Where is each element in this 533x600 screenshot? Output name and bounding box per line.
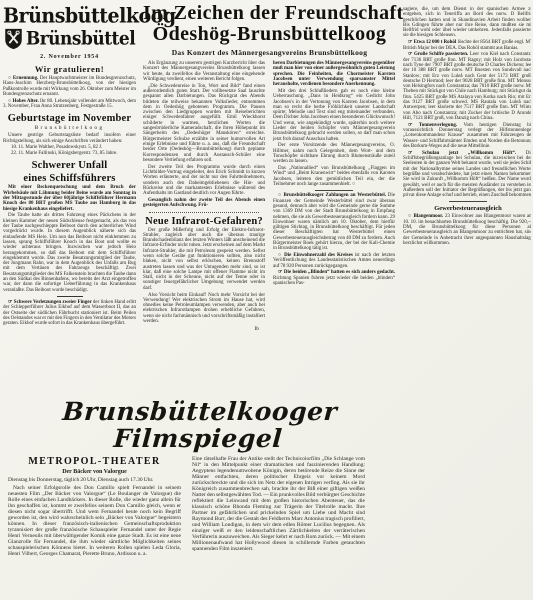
paragraph: ○ Ernennung. Der Hauptwachtmeister im Bu…: [3, 76, 136, 97]
ship-news-paragraphs: sagiere, die, um dem Dienst in der spani…: [403, 7, 531, 198]
column-main-article: Im Zeichen der Freundschaft Ödeshög-Brun…: [143, 3, 396, 397]
author-initials: Ib: [143, 326, 265, 332]
column-local-news: Brünsbüttelkoog Brünsbüttel 2: [3, 3, 136, 397]
gewerbesteuer-paragraphs: ○ Blangenmoor. 23 Einwohner aus Blangenm…: [403, 214, 531, 246]
film-review-schlange: Eine rätselhafte Frau der Antike stellt …: [192, 456, 365, 558]
section-subtitle-ort: Brunsbüttelkoog: [3, 125, 136, 131]
main-article-columns: Als Ergänzung zu unserem gestrigen Kurzb…: [143, 61, 396, 332]
section-divider: [315, 190, 353, 191]
infrarot-paragraphs: Der große Mißerfolg und Erfolg der Elekt…: [143, 228, 265, 325]
section-title-infrarot: Neue Infrarot-Gefahren?: [143, 216, 265, 227]
film1-paragraphs: Dienstag bis Donnerstag, täglich 20 Uhr,…: [8, 477, 181, 557]
section-title-unfall-line2: eines Schiffsführers: [3, 173, 136, 184]
film2-paragraphs: Eine rätselhafte Frau der Antike stellt …: [192, 456, 365, 552]
paragraph: Eine rätselhafte Frau der Antike stellt …: [192, 456, 365, 552]
unfall-paragraphs: Mit einer Beckenquetschung und dem Bruch…: [3, 185, 136, 292]
paragraph: ☞ Tonnenverlegung. Vom heutigen Dienstag…: [403, 123, 531, 149]
film-section: Brunsbüttelkooger Filmspiegel METROPOL-T…: [3, 398, 531, 558]
paragraph: heren Darbietungen des Männergesangverei…: [273, 61, 395, 87]
section-divider: [449, 201, 487, 202]
geburtstage-entries: 10. 11. Marie Walther, Posadowskystr. 5,…: [3, 145, 136, 156]
film-review-metropol: METROPOL-THEATER Der Bäcker von Valorgue…: [8, 456, 181, 558]
paragraph: „Die Schwedenreise in Ton, Wort und Bild…: [143, 84, 265, 163]
paragraph: Der erste Vorsitzende des Männergesangve…: [273, 143, 395, 164]
gratulieren-paragraphs: ○ Ernennung. Der Hauptwachtmeister im Bu…: [3, 76, 136, 109]
paragraph: Gesanglich nahm der zweite Teil des Aben…: [143, 198, 265, 209]
top-section: Brünsbüttelkoog Brünsbüttel 2: [3, 3, 531, 397]
film-title-baecker: Der Bäcker von Valorgue: [8, 469, 181, 475]
masthead: Brünsbüttelkoog Brünsbüttel: [3, 3, 136, 50]
theater-name: METROPOL-THEATER: [8, 456, 181, 467]
masthead-title-line1: Brünsbüttelkoog: [3, 5, 136, 27]
verletzungen-paragraphs: ☞ Schwere Verletzungen zweier Finger der…: [3, 300, 136, 326]
coat-of-arms-icon: [4, 28, 23, 50]
paragraph: sagiere, die, um dem Dienst in der spani…: [403, 7, 531, 39]
section-title-gratulieren: Wir gratulieren!: [3, 64, 136, 74]
paragraph: Mit den drei Schlußliedern gab es noch e…: [273, 89, 395, 142]
column-ship-news: sagiere, die, um dem Dienst in der spani…: [403, 3, 531, 397]
paragraph: ○ Blangenmoor. 23 Einwohner aus Blangenm…: [403, 214, 531, 246]
paragraph: ○ Die Einwohnerzahl des Kreises ist nach…: [273, 253, 395, 269]
main-article-column-2: heren Darbietungen des Männergesangverei…: [273, 61, 395, 332]
section-title-gewerbesteuer: Gewerbesteuerausgleich: [403, 205, 531, 212]
masthead-subtitle: Brünsbüttel: [26, 29, 135, 48]
paragraph: ☞ Schwere Verletzungen zweier Finger der…: [3, 300, 136, 326]
masthead-title-line2: Brünsbüttel: [3, 28, 136, 50]
paragraph: 22. 11. Marie Fallinski, Königsbergerstr…: [3, 151, 136, 156]
geburtstage-intro: Unsere gestrige Geburtstagsliste bedarf …: [3, 133, 136, 144]
paragraph: ☞ Schulau jetzt „Willkomm Höft“. Die Sch…: [403, 151, 531, 199]
paragraph: ☞ Etwa 12 000 t Rohöl löschte der 8564 B…: [403, 40, 531, 51]
paragraph: Mit einer Beckenquetschung und dem Bruch…: [3, 185, 136, 211]
section-title-geburtstage: Geburtstage im November: [3, 113, 136, 124]
news-paragraphs: ○ Brunsbüttelkooger Zahlungen an Westerb…: [273, 193, 395, 286]
section-title-unfall-line1: Schwerer Unfall: [3, 160, 136, 171]
paragraph: ○ Brunsbüttelkooger Zahlungen an Westerb…: [273, 193, 395, 251]
film-section-title: Brunsbüttelkooger Filmspiegel: [1, 398, 397, 452]
dateline: 2. November 1954: [3, 54, 136, 60]
paragraph: ○ Hohes Alter. Ihr 80. Lebensjahr vollen…: [3, 99, 136, 110]
main-subheadline: Das Konzert des Männergesangvereins Brun…: [143, 48, 396, 57]
paragraph: Das „Nationallied“ von Brunsbüttelkoog „…: [273, 166, 395, 187]
paragraph: 10. 11. Marie Walther, Posadowskystr. 5,…: [3, 145, 136, 150]
paragraph: Der große Mißerfolg und Erfolg der Elekt…: [143, 228, 265, 292]
section-divider: [57, 296, 83, 297]
paragraph: Dienstag bis Donnerstag, täglich 20 Uhr,…: [8, 477, 181, 483]
paragraph: Die Taube hatte als drittes Fahrzeug ein…: [3, 213, 136, 292]
article-paragraphs: heren Darbietungen des Männergesangverei…: [273, 61, 395, 187]
paragraph: Als Ergänzung zu unserem gestrigen Kurzb…: [143, 61, 265, 82]
main-headline-line1: Im Zeichen der Freundschaft: [143, 3, 396, 24]
newspaper-page: Brünsbüttelkoog Brünsbüttel 2: [0, 0, 533, 600]
paragraph: Nach seiner Erfolgsrolle des Don Camillo…: [8, 485, 181, 557]
article-paragraphs: Als Ergänzung zu unserem gestrigen Kurzb…: [143, 61, 265, 209]
main-headline-line2: Ödeshög-Brunsbüttelkoog: [143, 24, 396, 45]
paragraph: Der zweite Teil des Programms wurde durc…: [143, 165, 265, 197]
paragraph: ☞ Große Schiffe passierten. Leer von Kie…: [403, 52, 531, 121]
film-columns: METROPOL-THEATER Der Bäcker von Valorgue…: [3, 456, 395, 558]
paragraph: ☞ Die beiden „Blinden“ hatten es sich an…: [273, 270, 395, 286]
main-article-column-1: Als Ergänzung zu unserem gestrigen Kurzb…: [143, 61, 265, 332]
paragraph: Also Vorsicht beim Einkauf! Noch mehr Vo…: [143, 293, 265, 325]
dotted-divider: [149, 212, 259, 213]
